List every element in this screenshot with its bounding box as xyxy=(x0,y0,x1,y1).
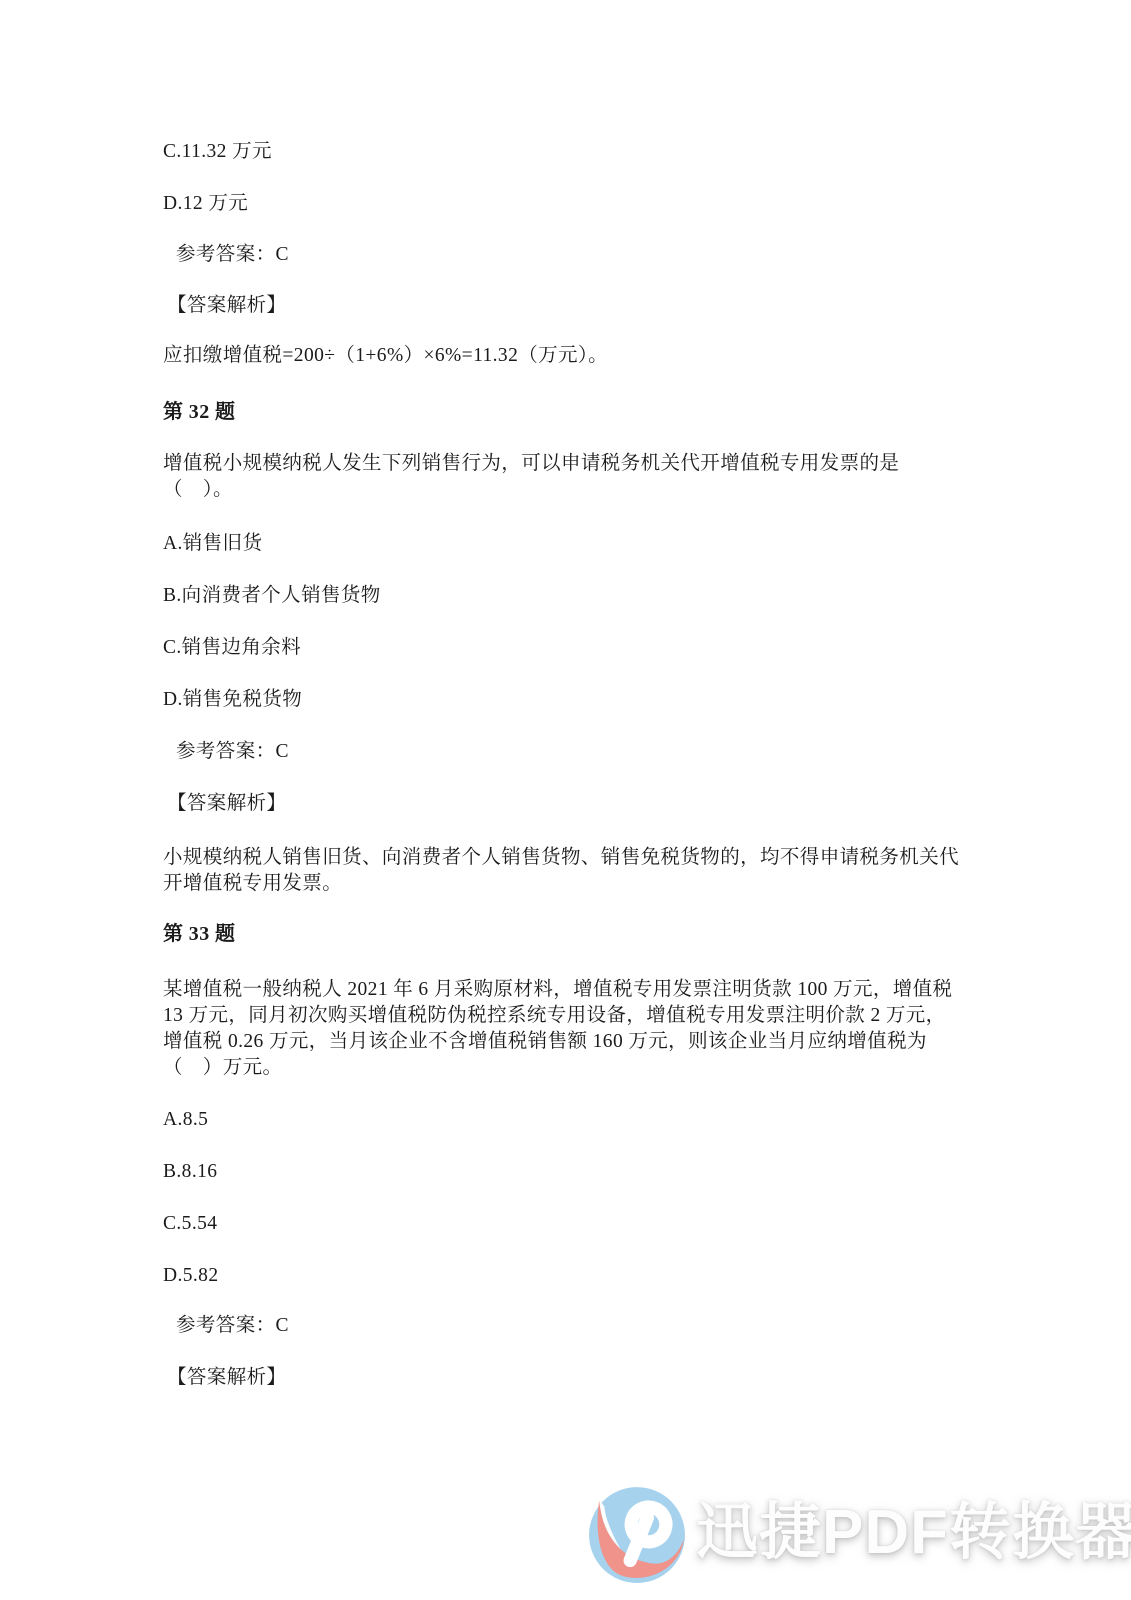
document-page: C.11.32 万元 D.12 万元 参考答案：C 【答案解析】 应扣缴增值税=… xyxy=(0,0,1131,1600)
q33-reference-answer: 参考答案：C xyxy=(176,1313,978,1339)
pdf-converter-watermark: 迅捷PDF转换器 xyxy=(586,1482,1131,1584)
q32-option-a: A.销售旧货 xyxy=(163,531,965,557)
q32-option-c: C.销售边角余料 xyxy=(163,635,965,661)
q31-option-c: C.11.32 万元 xyxy=(163,139,965,165)
q33-analysis-header: 【答案解析】 xyxy=(167,1365,969,1391)
q31-option-d: D.12 万元 xyxy=(163,191,965,217)
q32-analysis-header: 【答案解析】 xyxy=(167,791,969,817)
q32-reference-answer: 参考答案：C xyxy=(176,739,978,765)
q33-stem: 某增值税一般纳税人 2021 年 6 月采购原材料，增值税专用发票注明货款 10… xyxy=(163,977,965,1081)
pdf-converter-logo-icon xyxy=(586,1482,688,1584)
pdf-converter-watermark-text: 迅捷PDF转换器 xyxy=(696,1482,1131,1584)
q32-analysis-text: 小规模纳税人销售旧货、向消费者个人销售货物、销售免税货物的，均不得申请税务机关代… xyxy=(163,845,965,897)
q31-reference-answer: 参考答案：C xyxy=(176,242,978,268)
q33-option-b: B.8.16 xyxy=(163,1159,965,1185)
q32-stem: 增值税小规模纳税人发生下列销售行为，可以申请税务机关代开增值税专用发票的是（ ）… xyxy=(163,451,965,503)
q32-option-d: D.销售免税货物 xyxy=(163,687,965,713)
q31-analysis-header: 【答案解析】 xyxy=(167,293,969,319)
q33-option-a: A.8.5 xyxy=(163,1107,965,1133)
q33-option-d: D.5.82 xyxy=(163,1263,965,1289)
q33-option-c: C.5.54 xyxy=(163,1211,965,1237)
q33-title: 第 33 题 xyxy=(163,921,965,947)
q31-analysis-text: 应扣缴增值税=200÷（1+6%）×6%=11.32（万元）。 xyxy=(163,343,965,369)
q32-option-b: B.向消费者个人销售货物 xyxy=(163,583,965,609)
q32-title: 第 32 题 xyxy=(163,399,965,425)
